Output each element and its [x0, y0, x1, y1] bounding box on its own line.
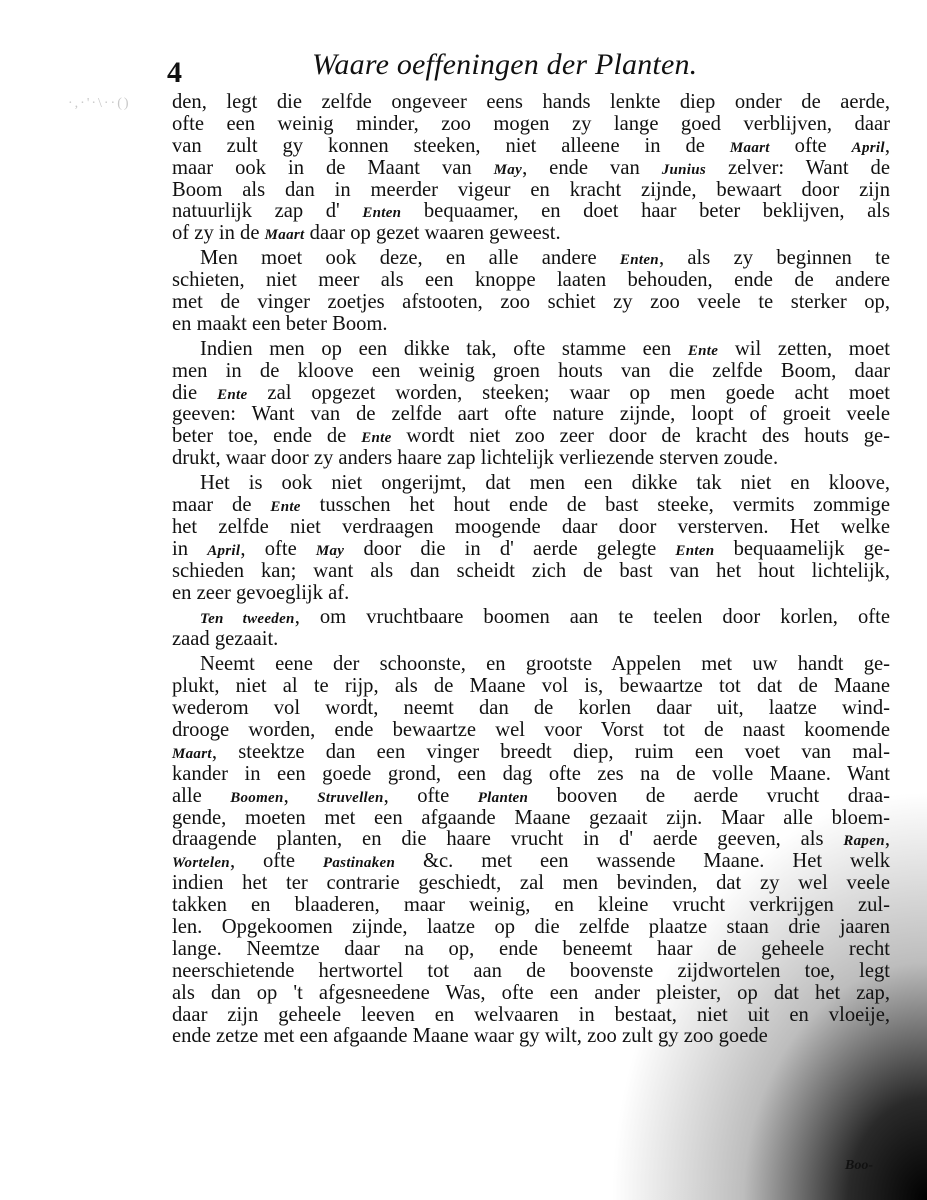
text-line: lange. Neemtze daar na op, ende beneemt … — [172, 939, 890, 961]
italic-term: Wortelen — [172, 855, 230, 871]
text-line: met de vinger zoetjes afstooten, zoo sch… — [172, 292, 890, 314]
italic-term: April — [207, 543, 240, 559]
text-line: den, legt die zelfde ongeveer eens hands… — [172, 92, 890, 114]
text-line: het zelfde niet verdraagen moogende daar… — [172, 517, 890, 539]
paragraph: Neemt eene der schoonste, en grootste Ap… — [172, 654, 890, 1048]
text-line: daar zijn geheele leeven en welvaaren in… — [172, 1005, 890, 1027]
text-line: maar de Ente tusschen het hout ende de b… — [172, 495, 890, 517]
page-number: 4 — [167, 58, 182, 88]
text-line: wederom vol wordt, neemt dan de korlen d… — [172, 698, 890, 720]
italic-term: Enten — [362, 205, 401, 221]
text-line: gende, moeten met een afgaande Maane gez… — [172, 808, 890, 830]
italic-term: Ten tweeden — [200, 611, 295, 627]
text-line: Het is ook niet ongerijmt, dat men een d… — [172, 473, 890, 495]
italic-term: Rapen — [843, 833, 885, 849]
text-line: takken en blaaderen, maar weinig, en kle… — [172, 895, 890, 917]
text-line: ende zetze met een afgaande Maane waar g… — [172, 1026, 890, 1048]
text-line: die Ente zal opgezet worden, steeken; wa… — [172, 383, 890, 405]
text-line: Boom als dan in meerder vigeur en kracht… — [172, 180, 890, 202]
italic-term: Ente — [688, 343, 718, 359]
text-line: len. Opgekoomen zijnde, laatze op die ze… — [172, 917, 890, 939]
body-text: den, legt die zelfde ongeveer eens hands… — [172, 92, 890, 1048]
italic-term: Maart — [172, 746, 212, 762]
italic-term: Maart — [730, 140, 770, 156]
italic-term: May — [494, 162, 522, 178]
text-line: maar ook in de Maant van May, ende van J… — [172, 158, 890, 180]
paragraph: Ten tweeden, om vruchtbaare boomen aan t… — [172, 607, 890, 651]
margin-mark: ·,·'·\··() — [68, 96, 131, 112]
italic-term: Boomen — [230, 790, 283, 806]
paragraph: Het is ook niet ongerijmt, dat men een d… — [172, 473, 890, 604]
text-line: Maart, steektze dan een vinger breedt di… — [172, 742, 890, 764]
text-line: in April, ofte May door die in d' aerde … — [172, 539, 890, 561]
italic-term: Ente — [361, 430, 391, 446]
text-line: Men moet ook deze, en alle andere Enten,… — [172, 248, 890, 270]
text-line: beter toe, ende de Ente wordt niet zoo z… — [172, 426, 890, 448]
text-line: of zy in de Maart daar op gezet waaren g… — [172, 223, 890, 245]
text-line: Ten tweeden, om vruchtbaare boomen aan t… — [172, 607, 890, 629]
italic-term: Planten — [478, 790, 528, 806]
italic-term: Enten — [675, 543, 714, 559]
text-line: ofte een weinig minder, zoo mogen zy lan… — [172, 114, 890, 136]
text-line: en maakt een beter Boom. — [172, 314, 890, 336]
text-line: kander in een goede grond, een dag ofte … — [172, 764, 890, 786]
italic-term: Enten — [620, 252, 659, 268]
text-line: draagende planten, en die haare vrucht i… — [172, 829, 890, 851]
paragraph: den, legt die zelfde ongeveer eens hands… — [172, 92, 890, 245]
italic-term: Ente — [270, 499, 300, 515]
text-line: als dan op 't afgesneedene Was, ofte een… — [172, 983, 890, 1005]
italic-term: Pastinaken — [323, 855, 395, 871]
running-head: Waare oeffeningen der Planten. — [312, 48, 697, 82]
text-line: alle Boomen, Struvellen, ofte Planten bo… — [172, 786, 890, 808]
italic-term: Maart — [265, 227, 305, 243]
catchword: Boo- — [845, 1158, 873, 1174]
text-line: en zeer gevoeglijk af. — [172, 583, 890, 605]
paragraph: Indien men op een dikke tak, ofte stamme… — [172, 339, 890, 470]
text-line: plukt, niet al te rijp, als de Maane vol… — [172, 676, 890, 698]
text-line: Indien men op een dikke tak, ofte stamme… — [172, 339, 890, 361]
italic-term: Struvellen — [317, 790, 383, 806]
text-line: drukt, waar door zy anders haare zap lic… — [172, 448, 890, 470]
text-line: indien het ter contrarie geschiedt, zal … — [172, 873, 890, 895]
text-line: van zult gy konnen steeken, niet alleene… — [172, 136, 890, 158]
italic-term: May — [316, 543, 344, 559]
text-line: Wortelen, ofte Pastinaken &c. met een wa… — [172, 851, 890, 873]
text-line: zaad gezaait. — [172, 629, 890, 651]
text-line: schieden kan; want als dan scheidt zich … — [172, 561, 890, 583]
italic-term: Junius — [662, 162, 706, 178]
text-line: schieten, niet meer als een knoppe laate… — [172, 270, 890, 292]
text-line: drooge worden, ende bewaartze wel voor V… — [172, 720, 890, 742]
text-line: geeven: Want van de zelfde aart ofte nat… — [172, 404, 890, 426]
italic-term: April — [852, 140, 885, 156]
italic-term: Ente — [217, 387, 247, 403]
paragraph: Men moet ook deze, en alle andere Enten,… — [172, 248, 890, 336]
text-line: neerschietende hertwortel tot aan de boo… — [172, 961, 890, 983]
scanned-book-page: ·,·'·\··() 4 Waare oeffeningen der Plant… — [0, 0, 927, 1200]
text-line: natuurlijk zap d' Enten bequaamer, en do… — [172, 201, 890, 223]
text-line: men in de kloove een weinig groen houts … — [172, 361, 890, 383]
text-line: Neemt eene der schoonste, en grootste Ap… — [172, 654, 890, 676]
